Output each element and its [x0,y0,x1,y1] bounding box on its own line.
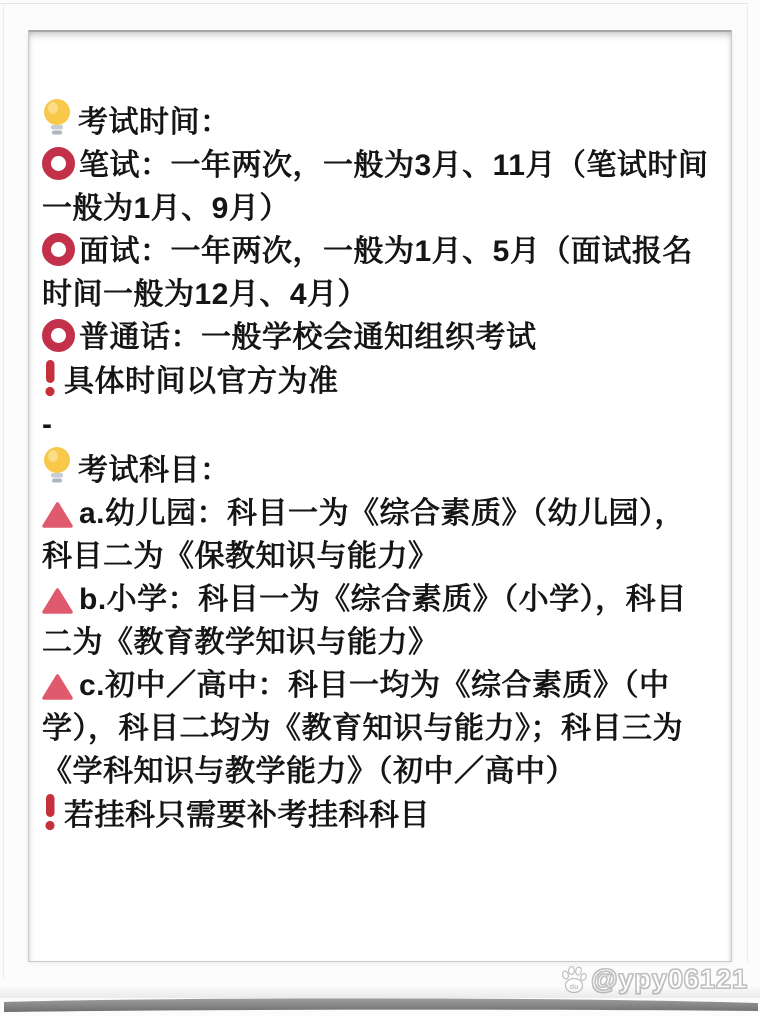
line-text: 考试科目： [78,454,231,487]
line-mandarin-exam: 普通话：一般学校会通知组织考试 [42,316,715,359]
background-top-hairline [0,3,748,4]
background-left-hairline [3,3,4,978]
triangle-icon [42,587,73,615]
hollow-circle-icon [42,319,75,352]
background-right-hairline [747,3,748,963]
line-text: b.小学：科目一为《综合素质》（小学），科目二为《教育教学知识与能力》 [42,583,687,659]
exclamation-icon [42,793,58,831]
hollow-circle-icon [42,233,75,266]
triangle-icon [42,673,73,701]
line-text: a.幼儿园：科目一为《综合素质》（幼儿园），科目二为《保教知识与能力》 [42,497,685,573]
lightbulb-icon [42,98,72,138]
line-text: 笔试：一年两次，一般为3月、11月（笔试时间一般为1月、9月） [42,149,708,225]
line-text: - [42,408,53,441]
line-exam-subjects-title: 考试科目： [42,446,715,492]
post-card: 考试时间： 笔试：一年两次，一般为3月、11月（笔试时间一般为1月、9月） 面试… [0,0,760,1016]
line-official-time-note: 具体时间以官方为准 [42,359,715,403]
exclamation-icon [42,359,58,397]
lightbulb-icon [42,446,72,486]
line-written-exam: 笔试：一年两次，一般为3月、11月（笔试时间一般为1月、9月） [42,144,715,230]
hollow-circle-icon [42,147,75,180]
line-divider-dash: - [42,403,715,446]
line-text: 考试时间： [78,106,231,139]
framed-photo-panel: 考试时间： 笔试：一年两次，一般为3月、11月（笔试时间一般为1月、9月） 面试… [28,30,732,962]
line-text: c.初中／高中：科目一均为《综合素质》（中学），科目二均为《教育知识与能力》；科… [42,669,683,788]
line-exam-time-title: 考试时间： [42,98,715,144]
line-text: 若挂科只需要补考挂科科目 [64,799,430,832]
line-retake-note: 若挂科只需要补考挂科科目 [42,793,715,837]
line-text: 面试：一年两次，一般为1月、5月（面试报名时间一般为12月、4月） [42,235,693,311]
bottom-curl-shadow [0,996,760,1016]
line-primary-school-subjects: b.小学：科目一为《综合素质》（小学），科目二为《教育教学知识与能力》 [42,578,715,664]
triangle-icon [42,501,73,529]
line-interview-exam: 面试：一年两次，一般为1月、5月（面试报名时间一般为12月、4月） [42,230,715,316]
line-kindergarten-subjects: a.幼儿园：科目一为《综合素质》（幼儿园），科目二为《保教知识与能力》 [42,492,715,578]
line-text: 具体时间以官方为准 [64,365,339,398]
line-middle-high-school-subjects: c.初中／高中：科目一均为《综合素质》（中学），科目二均为《教育知识与能力》；科… [42,664,715,793]
line-text: 普通话：一般学校会通知组织考试 [79,321,537,354]
